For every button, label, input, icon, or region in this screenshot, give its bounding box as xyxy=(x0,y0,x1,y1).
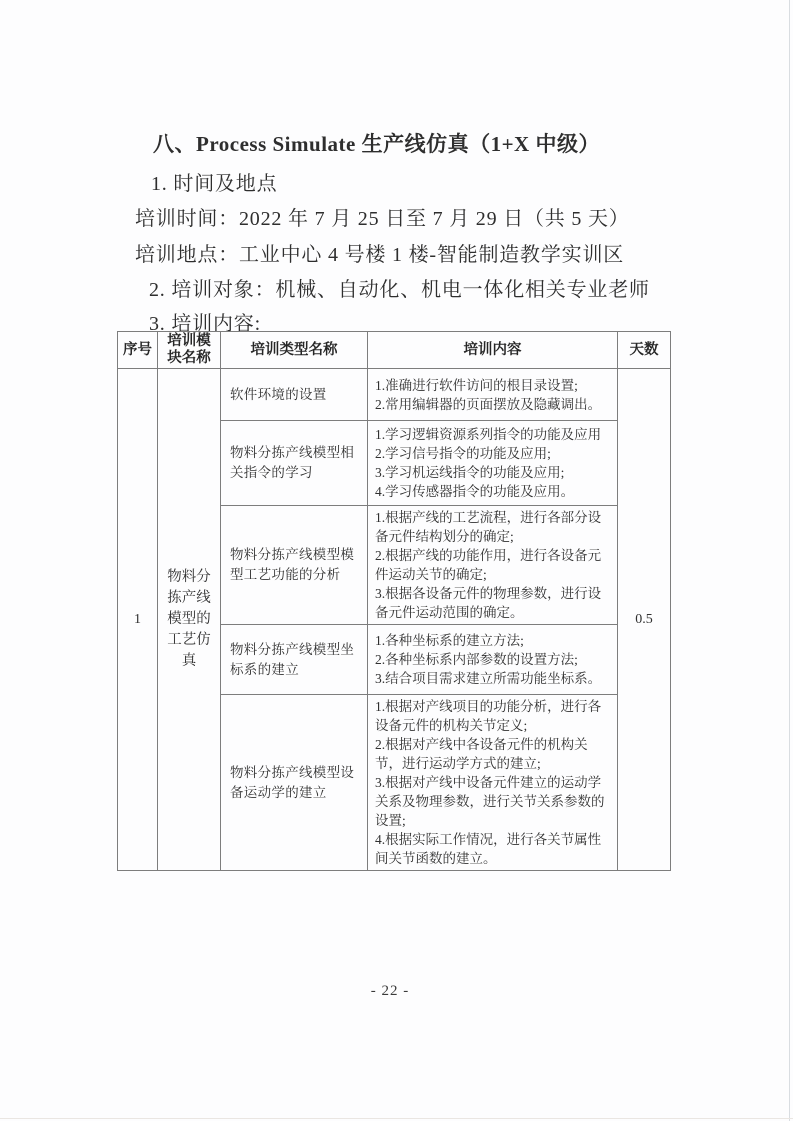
header-type-name: 培训类型名称 xyxy=(221,332,368,369)
document-page: 八、Process Simulate 生产线仿真（1+X 中级） 1. 时间及地… xyxy=(0,0,793,1121)
content-cell: 1.学习逻辑资源系列指令的功能及应用 2.学习信号指令的功能及应用; 3.学习机… xyxy=(368,421,618,506)
type-name-cell: 物料分拣产线模型坐标系的建立 xyxy=(221,625,368,695)
page-number: - 22 - xyxy=(0,983,780,1000)
type-name-cell: 物料分拣产线模型模型工艺功能的分析 xyxy=(221,506,368,625)
header-index: 序号 xyxy=(118,332,158,369)
header-content: 培训内容 xyxy=(368,332,618,369)
type-name-cell: 软件环境的设置 xyxy=(221,369,368,421)
header-module-name: 培训模块名称 xyxy=(158,332,221,369)
content-cell: 1.准确进行软件访问的根目录设置; 2.常用编辑器的页面摆放及隐藏调出。 xyxy=(368,369,618,421)
content-cell: 1.根据产线的工艺流程，进行各部分设备元件结构划分的确定; 2.根据产线的功能作… xyxy=(368,506,618,625)
paragraph-training-time: 培训时间：2022 年 7 月 25 日至 7 月 29 日（共 5 天） xyxy=(135,202,630,231)
type-name-cell: 物料分拣产线模型设备运动学的建立 xyxy=(221,695,368,871)
table-header-row: 序号 培训模块名称 培训类型名称 培训内容 天数 xyxy=(118,332,671,369)
table-row: 1 物料分拣产线模型的工艺仿真 软件环境的设置 1.准确进行软件访问的根目录设置… xyxy=(118,369,671,421)
days-cell: 0.5 xyxy=(618,369,671,871)
paragraph-time-location-label: 1. 时间及地点 xyxy=(151,167,277,196)
section-heading: 八、Process Simulate 生产线仿真（1+X 中级） xyxy=(153,128,600,158)
row-index-cell: 1 xyxy=(118,369,158,871)
content-cell: 1.各种坐标系的建立方法; 2.各种坐标系内部参数的设置方法; 3.结合项目需求… xyxy=(368,625,618,695)
module-name-cell: 物料分拣产线模型的工艺仿真 xyxy=(158,369,221,871)
scan-edge-bottom xyxy=(0,1118,793,1119)
paragraph-training-audience: 2. 培训对象：机械、自动化、机电一体化相关专业老师 xyxy=(149,273,650,302)
paragraph-training-location: 培训地点：工业中心 4 号楼 1 楼-智能制造教学实训区 xyxy=(135,238,624,267)
type-name-cell: 物料分拣产线模型相关指令的学习 xyxy=(221,421,368,506)
training-content-table: 序号 培训模块名称 培训类型名称 培训内容 天数 1 物料分拣产线模型的工艺仿真… xyxy=(117,331,671,871)
content-cell: 1.根据对产线项目的功能分析，进行各设备元件的机构关节定义; 2.根据对产线中各… xyxy=(368,695,618,871)
header-days: 天数 xyxy=(618,332,671,369)
scan-edge-right xyxy=(789,0,790,1121)
